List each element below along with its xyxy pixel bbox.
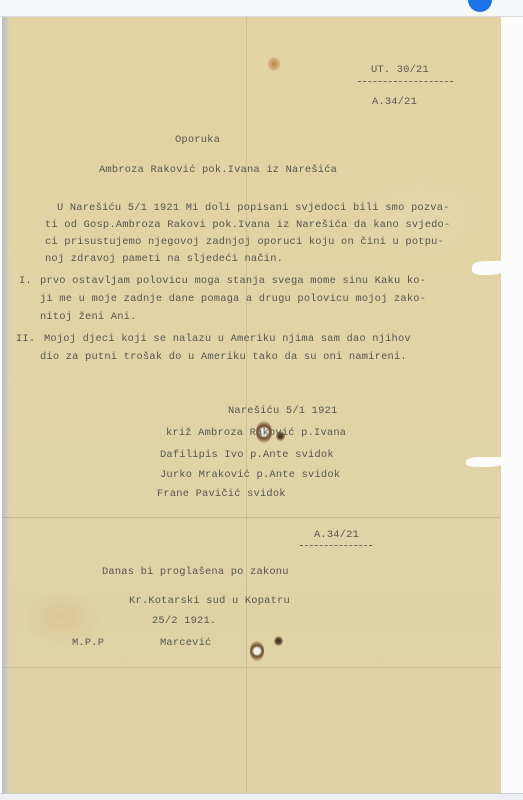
archive-number: A.34/21 bbox=[314, 529, 359, 541]
body-line: ci prisustujemo njegovoj zadnjoj oporuci… bbox=[45, 236, 444, 248]
scanned-document-page: UT. 30/21 A.34/21 Oporuka Ambroza Rakovi… bbox=[2, 17, 501, 793]
paper-tear bbox=[472, 261, 501, 275]
stain-mark bbox=[268, 57, 280, 71]
reference-number: UT. 30/21 bbox=[371, 64, 429, 76]
item-line: dio za putni trošak do u Ameriku tako da… bbox=[40, 351, 407, 363]
item-numeral: I. bbox=[19, 275, 32, 287]
viewer-bottom-bar bbox=[0, 793, 523, 800]
item-line: prvo ostavljam polovicu moga stanja sveg… bbox=[40, 275, 426, 287]
item-numeral: II. bbox=[16, 333, 35, 345]
signature-line: križ Ambroza Raković p.Ivana bbox=[166, 427, 346, 439]
court-date: 25/2 1921. bbox=[152, 615, 216, 627]
burn-hole bbox=[250, 641, 264, 661]
document-subtitle: Ambroza Raković pok.Ivana iz Narešića bbox=[99, 164, 337, 176]
proclamation-text: Danas bi proglašena po zakonu bbox=[102, 566, 289, 578]
body-line: U Narešiću 5/1 1921 Mi doli popisani svj… bbox=[57, 202, 450, 214]
body-line: noj zdravoj pameti na sljedeći način. bbox=[45, 253, 283, 265]
seal-mark: M.P.P bbox=[72, 637, 104, 649]
reference-underline bbox=[300, 545, 372, 546]
body-line: ti od Gosp.Ambroza Rakovi pok.Ivana iz N… bbox=[45, 219, 450, 231]
item-line: nitoj ženi Ani. bbox=[40, 311, 137, 323]
court-name: Kr.Kotarski sud u Kopatru bbox=[129, 595, 290, 607]
account-avatar-icon[interactable] bbox=[468, 0, 492, 12]
viewer-top-bar bbox=[0, 0, 523, 17]
archive-number: A.34/21 bbox=[372, 96, 417, 108]
signature-line: Jurko Mraković p.Ante svidok bbox=[160, 469, 340, 481]
page-left-edge bbox=[2, 17, 9, 793]
fold-line-horizontal bbox=[2, 667, 501, 668]
signature-line: Dafilipis Ivo p.Ante svidok bbox=[160, 449, 334, 461]
item-line: Mojoj djeci koji se nalazu u Ameriku nji… bbox=[44, 333, 411, 345]
item-line: ji me u moje zadnje dane pomaga a drugu … bbox=[40, 293, 426, 305]
fold-line-horizontal bbox=[2, 517, 501, 518]
reference-underline bbox=[358, 81, 453, 82]
burn-spot bbox=[274, 636, 283, 646]
signature-line: Frane Pavičić svidok bbox=[157, 488, 286, 500]
document-title: Oporuka bbox=[175, 134, 220, 146]
judge-name: Marcević bbox=[160, 637, 211, 649]
place-date: Narešiću 5/1 1921 bbox=[228, 405, 337, 417]
paper-tear bbox=[466, 457, 501, 467]
